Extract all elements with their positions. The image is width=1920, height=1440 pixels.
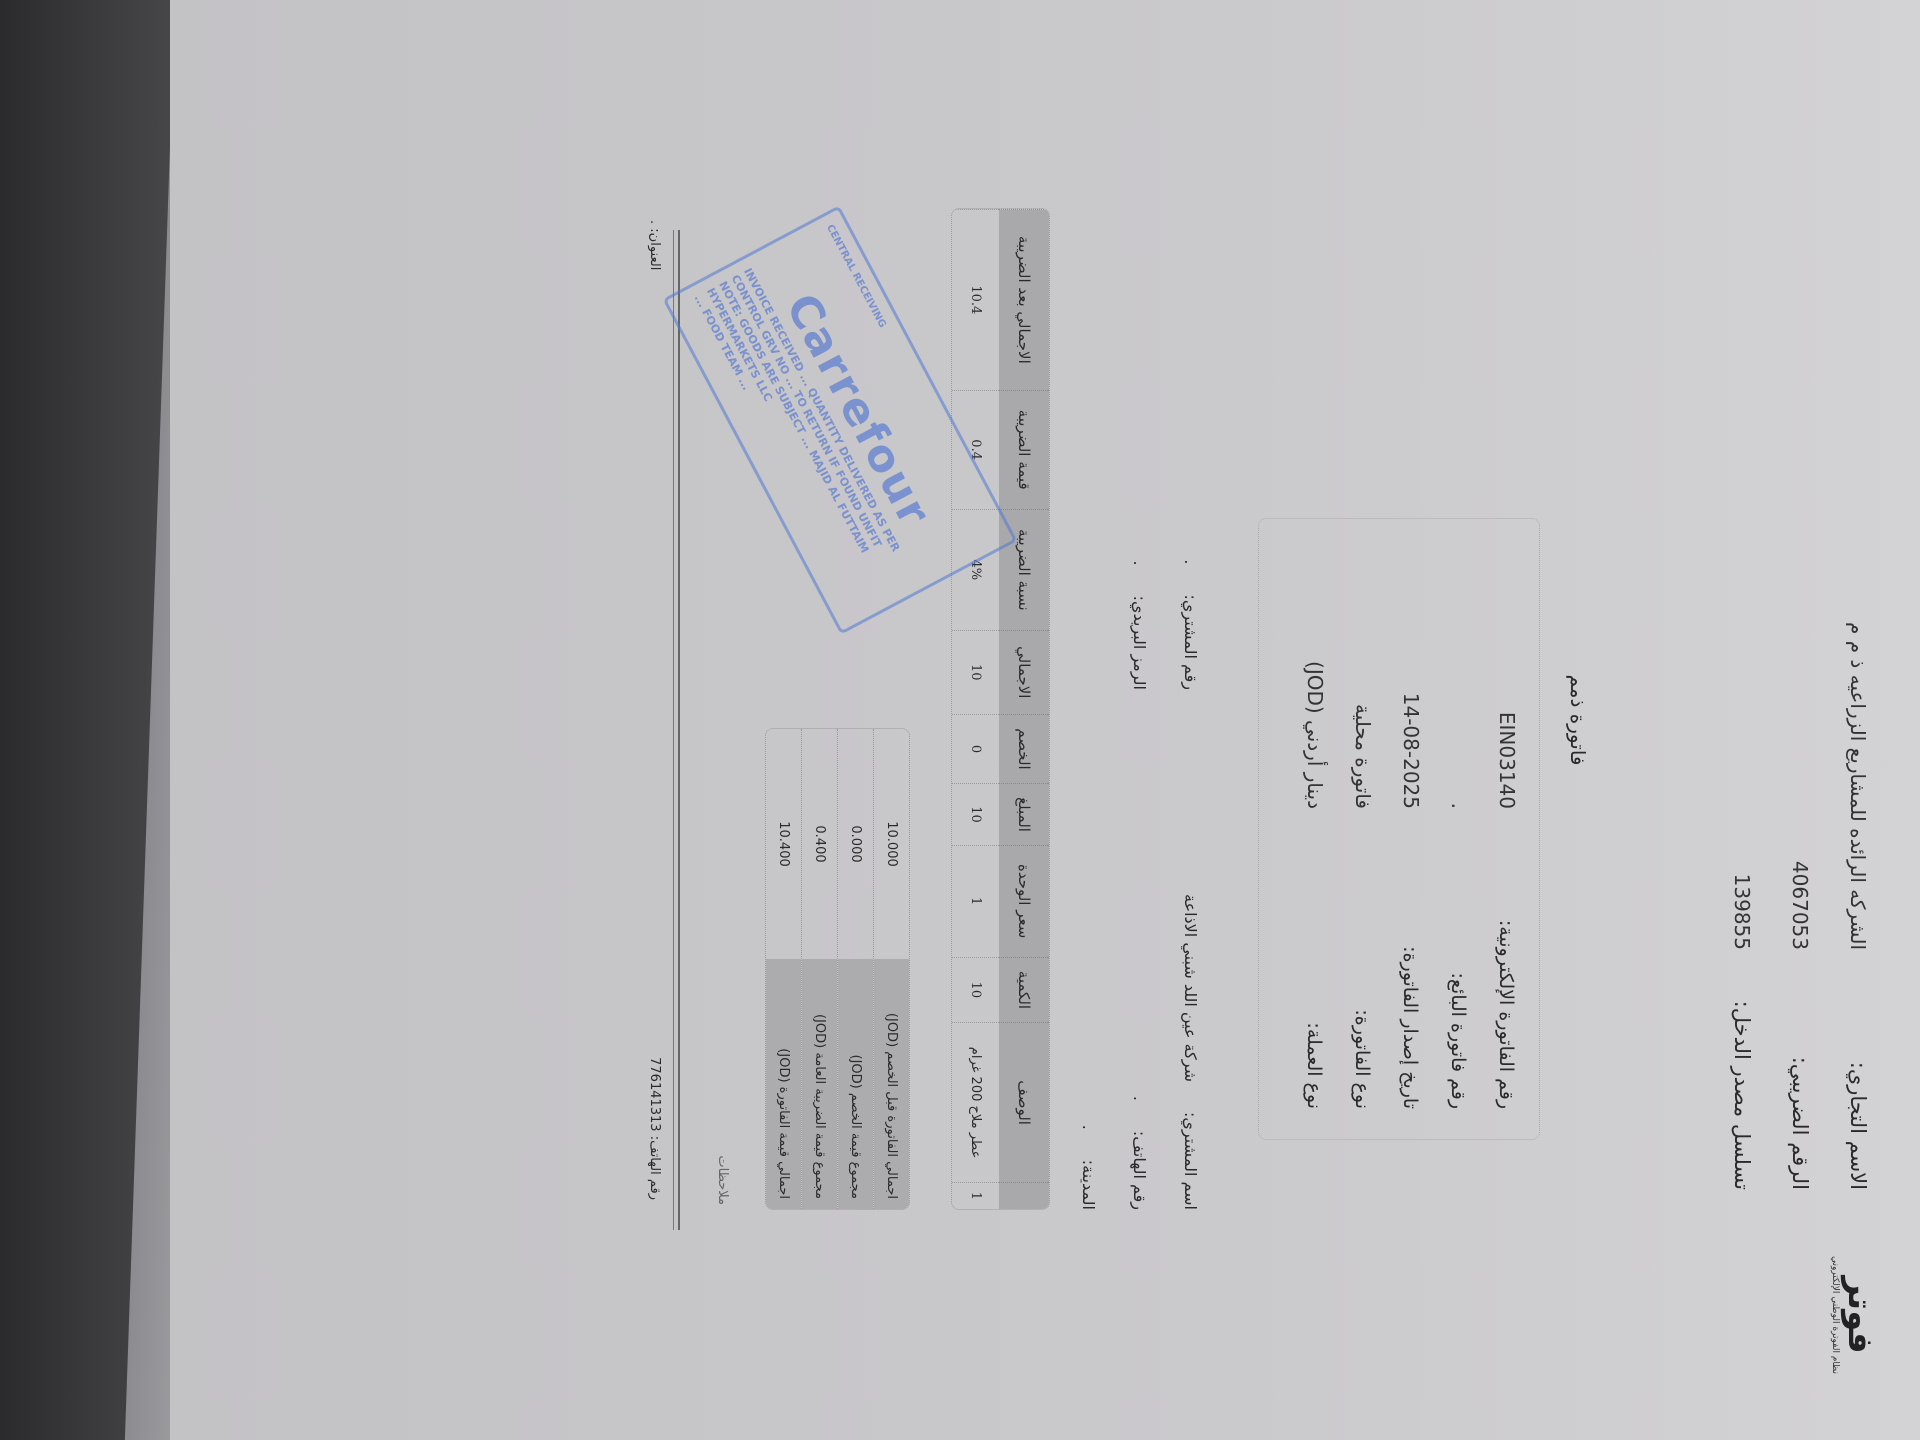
totals-box: اجمالي الفاتورة قبل الخصم (JOD)10.000مجم… bbox=[765, 728, 910, 1210]
totals-value: 0.000 bbox=[838, 729, 873, 959]
col-header: الكمية bbox=[999, 957, 1049, 1023]
footer-address-value: . bbox=[647, 220, 662, 224]
income-source-label: تسلسل مصدر الدخل: bbox=[1730, 990, 1754, 1190]
totals-value: 10.000 bbox=[874, 729, 909, 959]
invoice-type-label: نوع الفاتورة: bbox=[1351, 849, 1373, 1109]
buyer-number-value: . bbox=[1181, 559, 1200, 564]
currency-label: نوع العملة: bbox=[1303, 849, 1325, 1109]
col-header: الخصم bbox=[999, 714, 1049, 784]
buyer-phone-value: . bbox=[1130, 1096, 1149, 1101]
seller-invoice-label: رقم فاتورة البائع: bbox=[1447, 849, 1469, 1109]
col-header: الاجمالي bbox=[999, 630, 1049, 714]
invoice-meta-box: رقم الفاتورة الإلكترونية:EIN03140 رقم فا… bbox=[1258, 518, 1540, 1140]
totals-label: مجموع قيمة الضريبة العامة (JOD) bbox=[802, 959, 837, 1209]
income-source-row: تسلسل مصدر الدخل: 139855 bbox=[1730, 190, 1754, 1190]
notes-label: ملاحظات bbox=[715, 1155, 730, 1205]
col-header: الاجمالي بعد الضريبة bbox=[999, 210, 1049, 391]
invoice-photo: فوتر نظام الفوترة الوطني الإلكتروني الاس… bbox=[170, 0, 1920, 1440]
col-header: سعر الوحدة bbox=[999, 845, 1049, 957]
footer-address-label: العنوان: bbox=[647, 228, 662, 270]
buyer-info: اسم المشتري:شركة عين اللد شبني الاذاعة ر… bbox=[1079, 210, 1200, 1210]
trade-name-label: الاسم التجاري: bbox=[1846, 990, 1870, 1190]
table-cell: 10 bbox=[952, 957, 999, 1023]
buyer-postal-value: . bbox=[1130, 561, 1149, 566]
totals-row: مجموع قيمة الضريبة العامة (JOD)0.400 bbox=[801, 729, 837, 1209]
buyer-name-value: شركة عين اللد شبني الاذاعة bbox=[1181, 894, 1200, 1082]
buyer-postal-label: الرمز البريدي: bbox=[1130, 596, 1149, 690]
footer-phone-value: 776141313 bbox=[647, 1057, 662, 1131]
col-header: الوصف bbox=[999, 1023, 1049, 1183]
trade-name-value: الشركه الرائده للمشاريع الزراعيه ذ م م bbox=[1846, 622, 1870, 950]
tax-number-row: الرقم الضريبي: 4067053 bbox=[1788, 190, 1812, 1190]
jofotara-logo: فوتر نظام الفوترة الوطني الإلكتروني bbox=[1830, 1230, 1880, 1400]
table-cell: 0 bbox=[952, 714, 999, 784]
logo-mark: فوتر bbox=[1840, 1230, 1880, 1400]
items-table: الوصفالكميةسعر الوحدةالمبلغالخصمالاجمالي… bbox=[951, 208, 1050, 1210]
buyer-city-label: المدينة: bbox=[1079, 1160, 1098, 1210]
table-cell: عطر ملاح 200 غرام bbox=[952, 1023, 999, 1183]
table-row: 1عطر ملاح 200 غرام101100104%0.410.4 bbox=[952, 210, 999, 1210]
issue-date-value: 14-08-2025 bbox=[1399, 693, 1423, 809]
buyer-city-value: . bbox=[1079, 1125, 1098, 1130]
buyer-name-label: اسم المشتري: bbox=[1181, 1112, 1200, 1210]
buyer-number-label: رقم المشتري: bbox=[1181, 594, 1200, 690]
seller-invoice-value: . bbox=[1447, 803, 1471, 809]
logo-caption: نظام الفوترة الوطني الإلكتروني bbox=[1830, 1230, 1840, 1400]
totals-row: مجموع قيمة الخصم (JOD)0.000 bbox=[837, 729, 873, 1209]
totals-value: 10.400 bbox=[766, 729, 801, 959]
currency-value: دينار أردني (JOD) bbox=[1303, 661, 1327, 809]
buyer-phone-label: رقم الهاتف: bbox=[1130, 1131, 1149, 1210]
einvoice-number-label: رقم الفاتورة الإلكترونية: bbox=[1495, 849, 1517, 1109]
seller-info: الاسم التجاري: الشركه الرائده للمشاريع ا… bbox=[1696, 190, 1870, 1190]
col-header: المبلغ bbox=[999, 784, 1049, 845]
table-cell: 10.4 bbox=[952, 210, 999, 391]
col-header-index bbox=[999, 1182, 1049, 1209]
table-cell: 10 bbox=[952, 630, 999, 714]
table-cell: 1 bbox=[952, 845, 999, 957]
totals-row: اجمالي الفاتورة قبل الخصم (JOD)10.000 bbox=[873, 729, 909, 1209]
tax-number-value: 4067053 bbox=[1788, 861, 1812, 950]
footer-phone-label: رقم الهاتف: bbox=[647, 1136, 662, 1200]
income-source-value: 139855 bbox=[1730, 874, 1754, 950]
einvoice-number-value: EIN03140 bbox=[1495, 712, 1519, 809]
totals-row: اجمالي قيمة الفاتورة (JOD)10.400 bbox=[766, 729, 801, 1209]
footer: رقم الهاتف: 776141313 العنوان: . bbox=[647, 220, 662, 1200]
footer-divider bbox=[673, 230, 680, 1230]
totals-label: اجمالي قيمة الفاتورة (JOD) bbox=[766, 959, 801, 1209]
invoice-type-value: فاتورة محلية bbox=[1351, 704, 1375, 809]
table-cell: 10 bbox=[952, 784, 999, 845]
document-title: فاتورة ذمم bbox=[1566, 0, 1590, 1440]
trade-name-row: الاسم التجاري: الشركه الرائده للمشاريع ا… bbox=[1846, 190, 1870, 1190]
totals-value: 0.400 bbox=[802, 729, 837, 959]
issue-date-label: تاريخ إصدار الفاتورة: bbox=[1399, 849, 1421, 1109]
invoice-sheet: فوتر نظام الفوترة الوطني الإلكتروني الاس… bbox=[170, 0, 1920, 1440]
totals-label: اجمالي الفاتورة قبل الخصم (JOD) bbox=[874, 959, 909, 1209]
row-index: 1 bbox=[952, 1182, 999, 1209]
col-header: قيمة الضريبة bbox=[999, 390, 1049, 509]
items-header-row: الوصفالكميةسعر الوحدةالمبلغالخصمالاجمالي… bbox=[999, 210, 1049, 1210]
tax-number-label: الرقم الضريبي: bbox=[1788, 990, 1812, 1190]
totals-label: مجموع قيمة الخصم (JOD) bbox=[838, 959, 873, 1209]
